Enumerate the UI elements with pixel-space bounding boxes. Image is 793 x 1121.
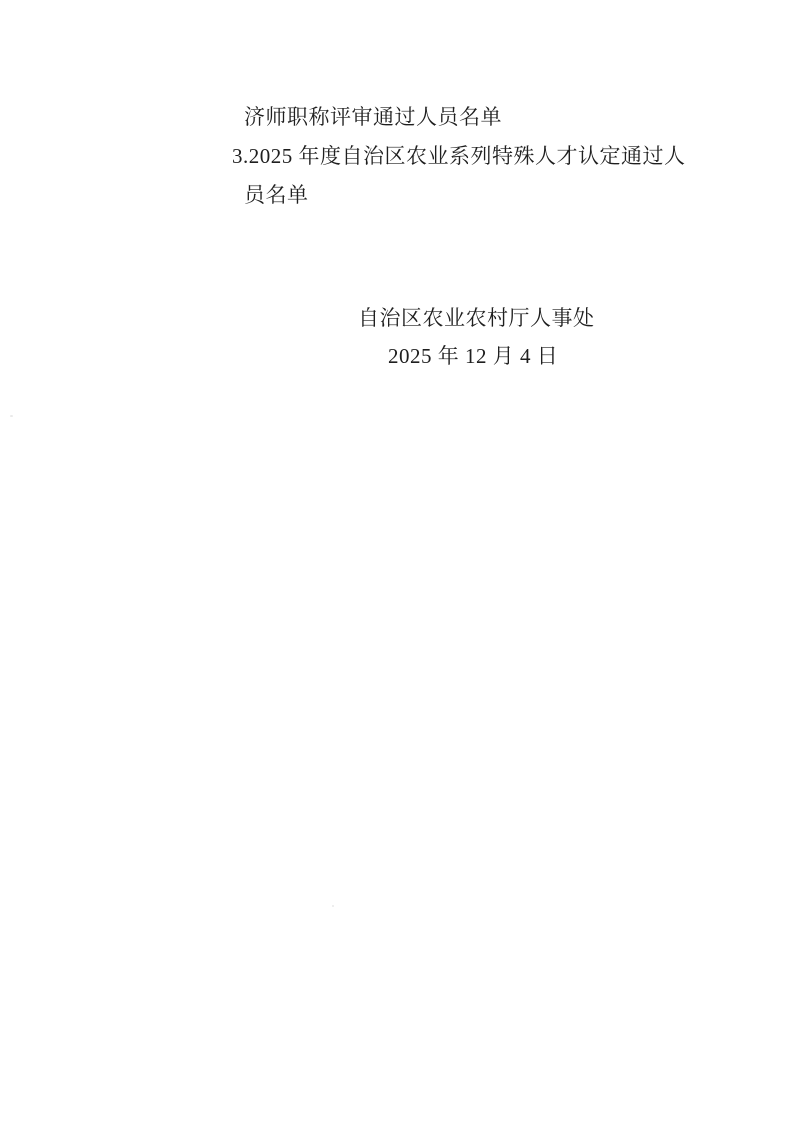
scan-artifact: [10, 415, 13, 417]
signature-date: 2025 年 12 月 4 日: [388, 340, 558, 370]
document-body: 济师职称评审通过人员名单 3.2025 年度自治区农业系列特殊人才认定通过人 员…: [232, 98, 702, 215]
body-line-continuation: 济师职称评审通过人员名单: [232, 98, 702, 137]
body-line-list-item-3: 3.2025 年度自治区农业系列特殊人才认定通过人: [232, 137, 702, 176]
signature-organization: 自治区农业农村厅人事处: [358, 302, 595, 332]
scan-artifact: [332, 905, 334, 907]
body-line-wrap: 员名单: [232, 176, 702, 215]
document-page: 济师职称评审通过人员名单 3.2025 年度自治区农业系列特殊人才认定通过人 员…: [0, 0, 793, 1121]
